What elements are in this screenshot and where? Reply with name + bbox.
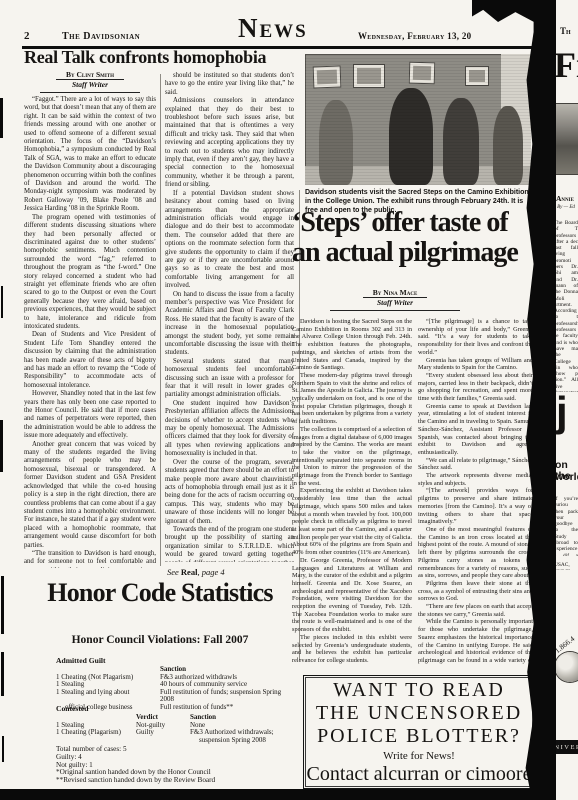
ad-line: POLICE BLOTTER? (317, 725, 521, 748)
section-rest: EWS (260, 21, 308, 42)
paragraph: These modern-day pilgrims travel through… (292, 372, 412, 426)
contested-label: Contested (56, 704, 88, 713)
scan-edge-mark (1, 286, 3, 318)
next-page-usac: USAC, your ga (554, 562, 578, 570)
paragraph: “The transition to Davidson is hard enou… (24, 550, 156, 568)
scan-edge-mark (1, 652, 4, 696)
table-cell: 1 Cheating (Plagarism) (56, 729, 136, 737)
scan-edge-mark (1, 576, 4, 634)
byline-block: By Nina Mace Staff Writer (330, 288, 460, 311)
police-blotter-ad: WANT TO READ THE UNCENSORED POLICE BLOTT… (303, 675, 535, 789)
paragraph: The artwork represents diverse media, st… (418, 472, 533, 487)
paragraph: Greenia has taken groups of William and … (418, 357, 533, 372)
column-rule (160, 74, 161, 566)
dateline: Wednesday, February 13, 20 (358, 31, 471, 41)
paragraph: Dr. George Greenia, Professor of Modern … (292, 557, 412, 634)
column-header-sanction: Sanction (190, 714, 294, 722)
table-cell (136, 737, 190, 745)
next-page-heading: Annie (556, 194, 574, 203)
table-cell: Guilty (136, 729, 190, 737)
section-title: NEWS (238, 13, 308, 44)
paragraph: should be instituted so that students do… (165, 72, 294, 97)
byline-role: Staff Writer (72, 80, 108, 89)
byline-block: By Clint Smith Staff Writer (40, 70, 140, 93)
scan-edge-mark (0, 420, 3, 472)
next-page-ad-body: If you’re curiou then pack your goodbye … (554, 496, 578, 556)
continuation-page: , page 4 (197, 567, 224, 577)
paragraph: On hand to discuss the issue from a facu… (165, 291, 294, 358)
next-page-byline: By — Ed (554, 205, 578, 211)
paragraph: Davidson is hosting the Sacred Steps on … (292, 318, 412, 372)
ad-line: Write for News! (383, 750, 455, 762)
ad-line: THE UNCENSORED (316, 702, 522, 725)
scan-ink-blob (472, 0, 534, 22)
headline-line2: an actual pilgrimage (292, 238, 538, 268)
next-page-ad-heading2: world (555, 472, 578, 483)
article-column-1: “Faggot.” There are a lot of ways to say… (24, 96, 156, 568)
paragraph: “There are few places on earth that acce… (418, 603, 533, 618)
article-column-2: “[The pilgrimage] is a chance to take ow… (418, 318, 533, 664)
admitted-guilt-table: Sanction 1 Cheating (Not Plagarism)F&3 a… (56, 666, 294, 712)
table-cell: Full restitution of funds** (160, 704, 294, 712)
continuation-see: See (167, 567, 181, 577)
gallery-photo (305, 54, 531, 185)
paragraph: Greenia came to speak at Davidson last y… (418, 403, 533, 457)
byline-role: Staff Writer (377, 298, 413, 307)
paragraph: “We can all relate to pilgrimage,” Sánch… (418, 457, 533, 472)
paragraph: Dean of Students and Vice President of S… (24, 331, 156, 390)
page-number: 2 (24, 30, 30, 42)
article-headline: Real Talk confronts homophobia (24, 48, 296, 66)
next-page-ad-letter: j (556, 392, 568, 432)
section-initial: N (238, 13, 260, 43)
paragraph: Another great concern that was voiced by… (24, 441, 156, 550)
honor-notes: Total number of cases: 5 Guilty: 4 Not g… (56, 746, 296, 785)
continuation-name: Real (181, 567, 198, 577)
paragraph: The collection is comprised of a selecti… (292, 426, 412, 488)
scan-edge-mark (0, 98, 3, 138)
paragraph: Admissions counselors in attendance expl… (165, 97, 294, 189)
byline-author: By Nina Mace (363, 288, 428, 298)
headline-line1: ‘Steps’ offer taste of (292, 208, 538, 238)
byline-author: By Clint Smith (56, 70, 124, 80)
article-column-2: should be instituted so that students do… (165, 72, 294, 562)
paragraph: However, Shandley noted that in the last… (24, 390, 156, 440)
section-headline: Honor Code Statistics (20, 578, 300, 608)
table-cell: Full restitution of funds; suspension Sp… (160, 689, 294, 704)
paragraph: The program opened with testimonies of d… (24, 214, 156, 332)
next-page-header: Th (560, 26, 571, 36)
paragraph: “Faggot.” There are a lot of ways to say… (24, 96, 156, 214)
paragraph: Towards the end of the program one stude… (165, 526, 294, 562)
paragraph: If a potential Davidson student shows he… (165, 190, 294, 291)
section-subhead: Honor Council Violations: Fall 2007 (20, 634, 300, 646)
halftone-texture (305, 54, 531, 185)
paragraph: “[The artwork] provides ways for pilgrim… (418, 487, 533, 526)
paragraph: One student inquired how Davidson’s Pres… (165, 400, 294, 459)
masthead: The Davidsonian (62, 31, 140, 42)
article-column-1: Davidson is hosting the Sacred Steps on … (292, 318, 412, 664)
note-line: **Revised sanction handed down by the Re… (56, 777, 296, 785)
contested-table: VerdictSanction 1 StealingNot-guiltyNone… (56, 714, 294, 744)
paragraph: Pilgrims then leave their stone at the c… (418, 580, 533, 603)
scan-edge-mark (2, 736, 4, 762)
paragraph: Over the course of the program, several … (165, 459, 294, 526)
ad-line: WANT TO READ (333, 679, 505, 702)
paragraph: The pieces included in this exhibit were… (292, 634, 412, 664)
paragraph: While the Camino is personally important… (418, 618, 533, 664)
continuation-notice: See Real, page 4 (167, 567, 225, 577)
admitted-guilt-label: Admitted Guilt (56, 656, 106, 665)
paragraph: Experiencing the exhibit at Davidson tak… (292, 487, 412, 556)
bottom-scan-band (0, 789, 540, 800)
table-cell (56, 737, 136, 745)
next-page-body: The Board of T professors after a dec la… (554, 220, 578, 392)
table-cell: suspension Spring 2008 (190, 737, 294, 745)
table-cell: 1 Stealing and lying about (56, 689, 160, 704)
newspaper-page: 2 The Davidsonian NEWS Wednesday, Februa… (0, 0, 578, 800)
paragraph: “[The pilgrimage] is a chance to take ow… (418, 318, 533, 357)
next-page-photo (556, 104, 578, 174)
note-line: Total number of cases: 5 (56, 746, 296, 754)
paragraph: Several students stated that many homose… (165, 358, 294, 400)
next-page-headline: Fiv (554, 44, 578, 86)
globe-graphic (555, 652, 578, 682)
paragraph: One of the most meaningful features of t… (418, 526, 533, 580)
paragraph: “Every student obsessed less about their… (418, 372, 533, 403)
article-headline: ‘Steps’ offer taste of an actual pilgrim… (292, 208, 538, 268)
ad-contact-line: Contact alcurran or cimoore (307, 763, 532, 786)
